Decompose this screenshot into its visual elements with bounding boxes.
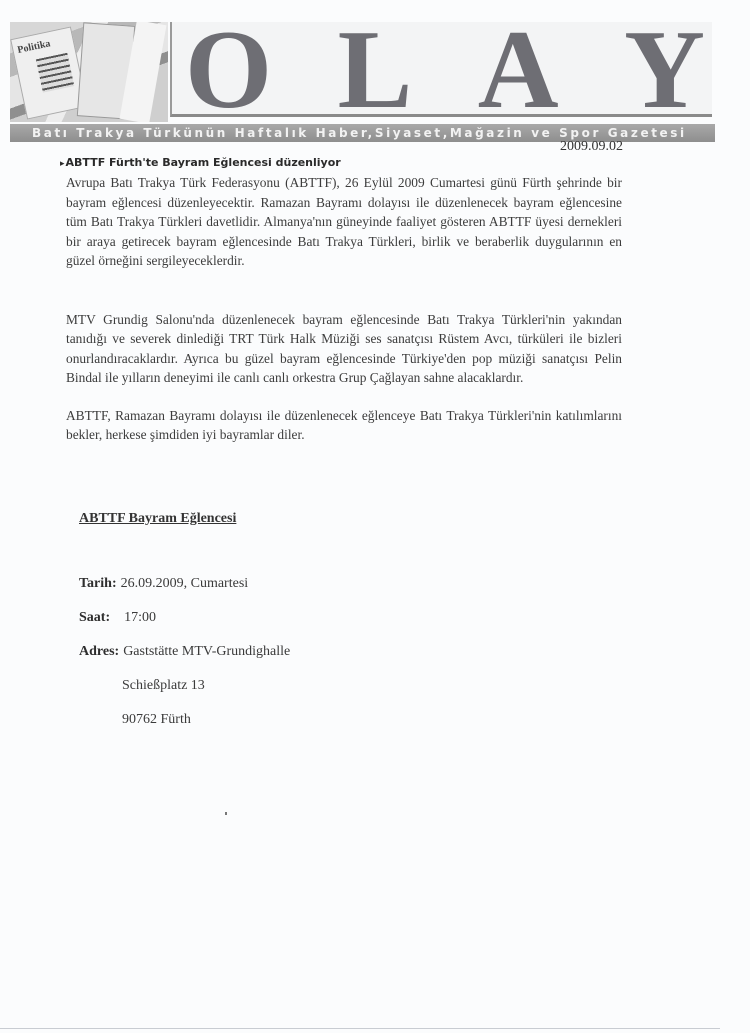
- event-date-value: 26.09.2009, Cumartesi: [121, 576, 249, 591]
- masthead-letter: Y: [624, 26, 705, 114]
- article-headline-text: ABTTF Fürth'te Bayram Eğlencesi düzenliy…: [66, 156, 341, 169]
- event-date-row: Tarih:26.09.2009, Cumartesi: [79, 576, 248, 592]
- event-time-row: Saat:17:00: [79, 610, 156, 626]
- event-time-value: 17:00: [124, 610, 156, 625]
- newspaper-masthead: Politika O L A Y Batı Trakya Türkünün Ha…: [10, 22, 715, 144]
- masthead-letter: A: [478, 26, 559, 114]
- scan-speck: [225, 812, 227, 815]
- event-address-label: Adres:: [79, 644, 119, 659]
- triangle-bullet-icon: ▸: [60, 159, 65, 169]
- event-date-label: Tarih:: [79, 576, 117, 591]
- article-paragraph: ABTTF, Ramazan Bayramı dolayısı ile düze…: [66, 406, 622, 445]
- event-time-label: Saat:: [79, 610, 110, 625]
- masthead-letter: L: [338, 26, 413, 114]
- magazine-cover: Politika: [10, 26, 88, 119]
- event-address-line: Schießplatz 13: [122, 678, 205, 694]
- publication-date: 2009.09.02: [560, 139, 623, 155]
- event-address-line: Gaststätte MTV-Grundighalle: [123, 644, 290, 659]
- article: ▸ABTTF Fürth'te Bayram Eğlencesi düzenli…: [66, 156, 622, 445]
- article-headline: ▸ABTTF Fürth'te Bayram Eğlencesi düzenli…: [60, 156, 622, 169]
- article-paragraph: MTV Grundig Salonu'nda düzenlenecek bayr…: [66, 310, 622, 388]
- magazine-cover-title: Politika: [16, 38, 51, 56]
- magazines-photo: Politika: [10, 22, 168, 122]
- page-edge: [0, 1028, 720, 1029]
- masthead-title: O L A Y: [185, 24, 705, 114]
- event-address-row: Adres:Gaststätte MTV-Grundighalle: [79, 644, 290, 660]
- event-address-line: 90762 Fürth: [122, 712, 191, 728]
- event-title: ABTTF Bayram Eğlencesi: [79, 511, 236, 527]
- article-paragraph: Avrupa Batı Trakya Türk Federasyonu (ABT…: [66, 173, 622, 271]
- masthead-letter: O: [185, 26, 272, 114]
